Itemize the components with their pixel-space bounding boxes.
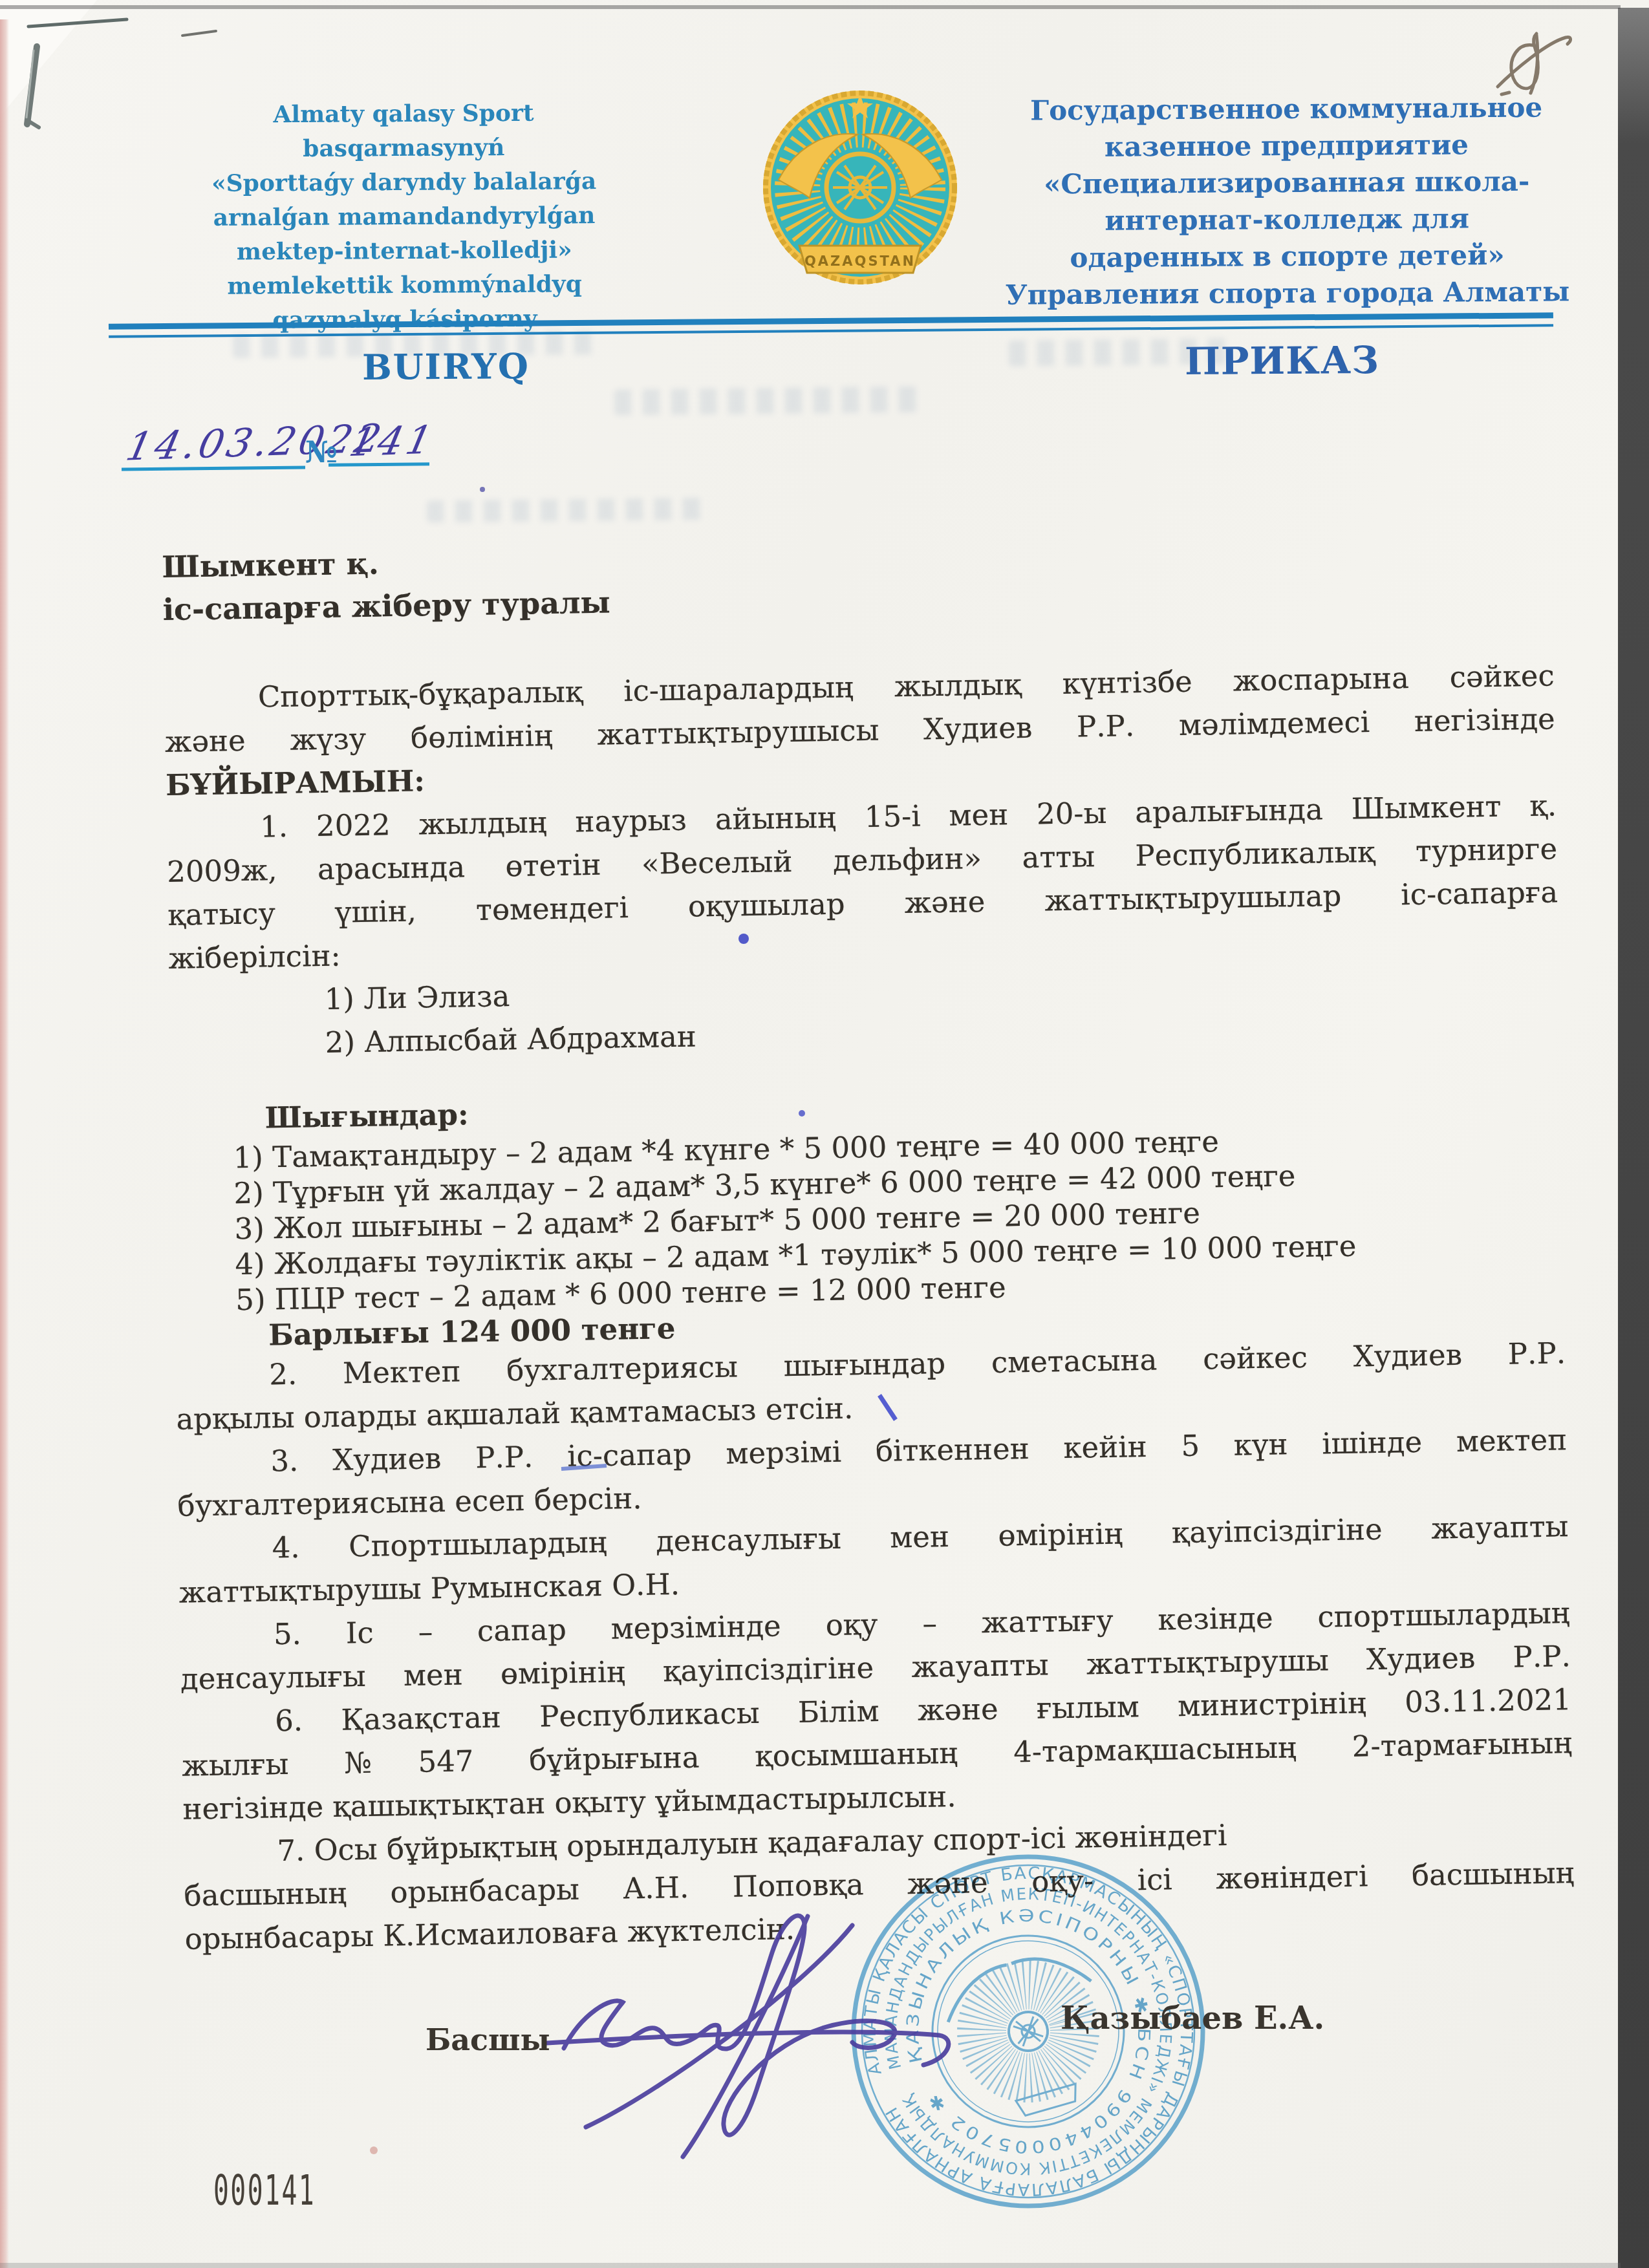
scanned-order-page: Almaty qalasy Sport basqarmasynyń «Sport… [0, 0, 1649, 2268]
bleed-through-text [614, 387, 918, 416]
order-title-russian: ПРИКАЗ [1185, 338, 1379, 383]
order-title-kazakh: BUIRYQ [362, 345, 530, 388]
org-line: одаренных в спорте детей» [996, 236, 1578, 276]
scan-edge-top [0, 5, 1621, 9]
form-serial-number: 000141 [213, 2167, 316, 2215]
emblem-banner-text: QAZAQSTAN [804, 253, 916, 269]
org-line: «Sporttaǵy daryndy balalarǵa [181, 164, 627, 201]
signer-name: Қазыбаев Е.А. [1061, 2000, 1324, 2037]
kazakhstan-emblem-icon: QAZAQSTAN [757, 83, 964, 290]
handwritten-order-number: 141 [345, 418, 440, 465]
org-line: «Специализированная школа- [996, 162, 1578, 202]
pen-mark-top-right [1498, 34, 1571, 94]
scan-edge-bottom [0, 2263, 1621, 2268]
org-line: Государственное коммунальное [995, 89, 1577, 129]
org-line: memlekettik kommýnaldyq [181, 267, 627, 304]
org-line: Almaty qalasy Sport basqarmasynyń [180, 96, 627, 167]
org-line: интернат-колледж для [996, 199, 1578, 239]
scan-edge-right [1618, 8, 1649, 2268]
org-line: казенное предприятие [995, 125, 1577, 166]
letterhead-russian: Государственное коммунальное казенное пр… [995, 89, 1579, 313]
org-line: arnalǵan mamandandyrylǵan [181, 198, 627, 235]
letterhead-kazakh: Almaty qalasy Sport basqarmasynyń «Sport… [180, 96, 628, 338]
org-line: mektep-internat-kolledji» [181, 233, 627, 270]
scan-edge-left [0, 19, 9, 2268]
number-underline [329, 462, 429, 467]
order-body: Шымкент қ. іс-сапарға жіберу туралы Спор… [162, 523, 1575, 1960]
lifted-corner-artifact [0, 0, 97, 116]
signer-position-label: Басшы [426, 2022, 550, 2057]
bleed-through-text [427, 498, 711, 523]
org-line: Управления спорта города Алматы [997, 273, 1579, 313]
